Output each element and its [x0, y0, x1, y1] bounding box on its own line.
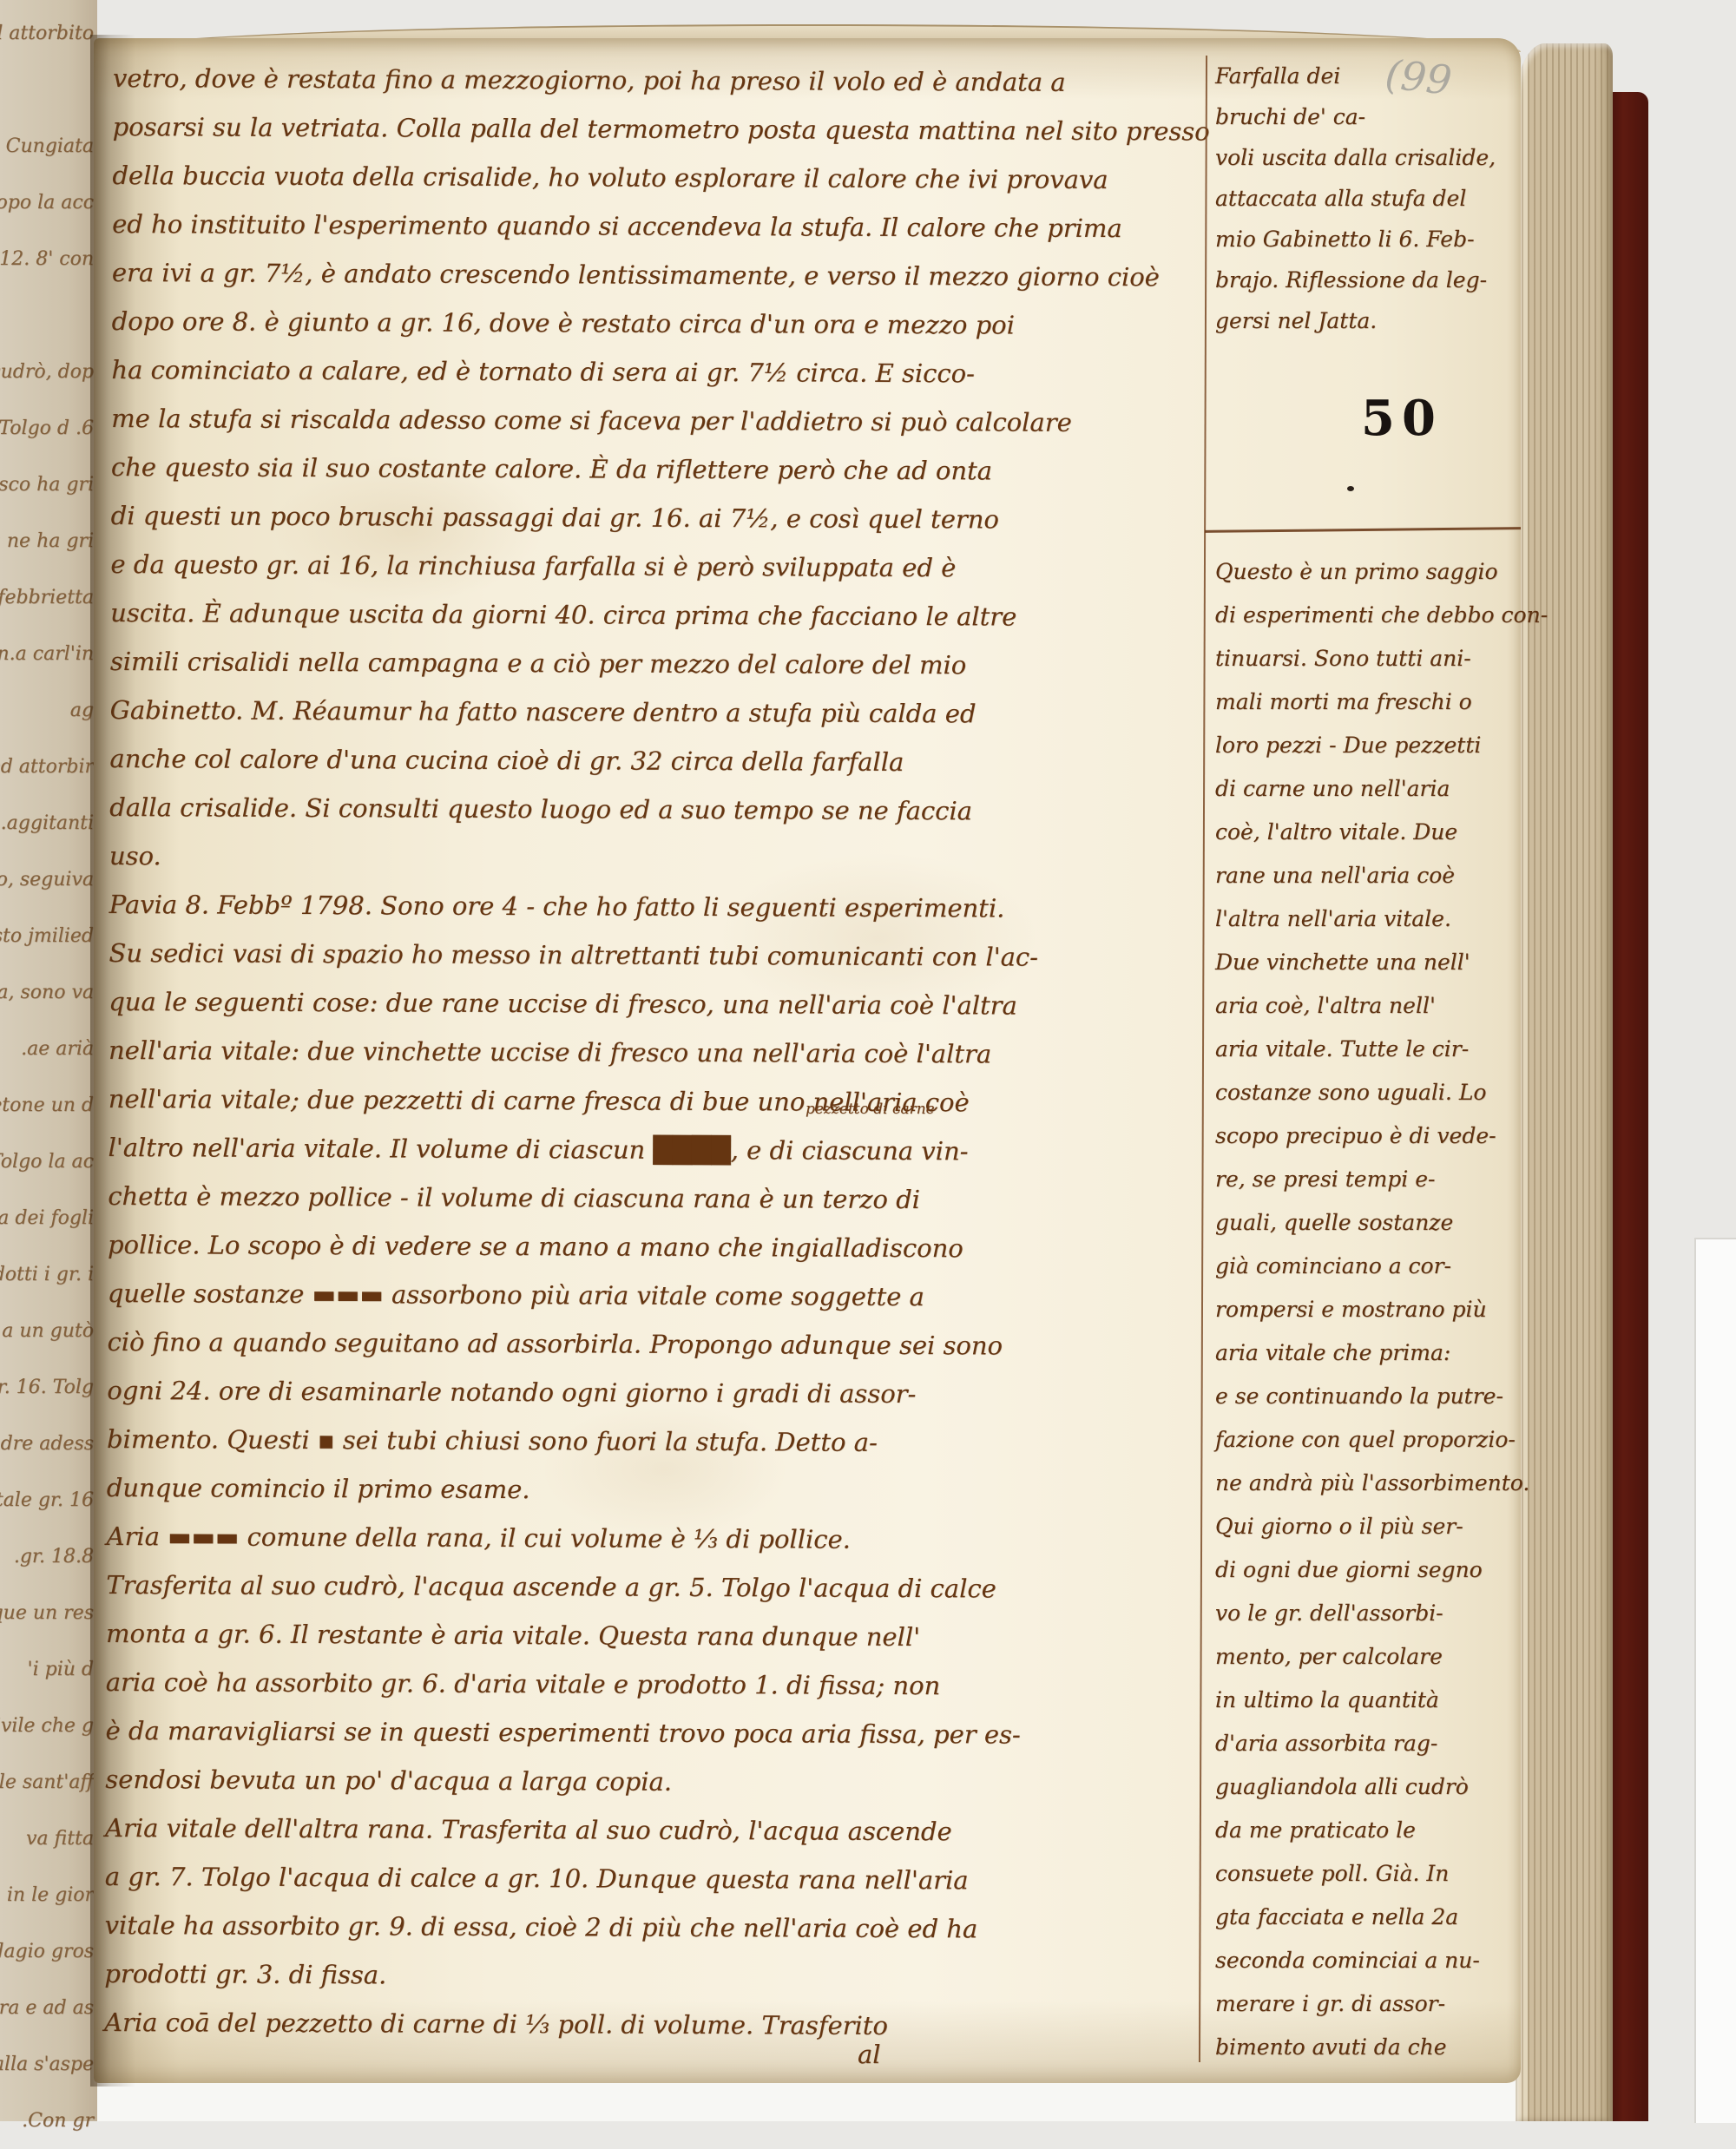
- left-page-line: vitale gr. 16.: [3, 1472, 94, 1528]
- background-card: [1694, 1238, 1736, 2121]
- manuscript-line: Pavia 8. Febbº 1798. Sono ore 4 - che ho…: [109, 880, 1203, 933]
- manuscript-line: dopo ore 8. è giunto a gr. 16, dove è re…: [112, 297, 1206, 350]
- manuscript-line: pollice. Lo scopo è di vedere se a mano …: [108, 1220, 1201, 1273]
- manuscript-line: vitale ha assorbito gr. 9. di essa, cioè…: [104, 1901, 1198, 1954]
- left-page-line: ti n.a carl'in: [3, 626, 94, 682]
- left-page-line: Dunque un res: [3, 1585, 94, 1641]
- manuscript-line: prodotti gr. 3. di fissa.: [104, 1949, 1198, 2002]
- manuscript-line: vetro, dove è restata fino a mezzogiorno…: [113, 54, 1207, 107]
- manuscript-page: vetro, dove è restata fino a mezzogiorno…: [94, 38, 1521, 2083]
- margin-note-line: scopo precipuo è di vede-: [1215, 1114, 1521, 1158]
- margin-note-line: in ultimo la quantità: [1215, 1679, 1521, 1722]
- left-page-edge: e, il attorbitoCungiatadopo la accgr. 12…: [0, 0, 97, 2121]
- manuscript-line: l'altro nell'aria vitale. Il volume di c…: [108, 1123, 1201, 1176]
- manuscript-line: e da questo gr. ai 16, la rinchiusa farf…: [110, 540, 1204, 593]
- left-page-line: questo jmilied: [3, 908, 94, 964]
- manuscript-line: che questo sia il suo costante calore. È…: [111, 443, 1205, 496]
- margin-note-farfalla: Farfalla deibruchi de' ca-voli uscita da…: [1215, 56, 1521, 341]
- manuscript-line: Su sedici vasi di spazio ho messo in alt…: [108, 929, 1202, 982]
- margin-note-line: rane una nell'aria coè: [1215, 854, 1521, 897]
- margin-note-line: aria vitale che prima:: [1215, 1331, 1521, 1375]
- manuscript-line: me la stufa si riscalda adesso come si f…: [111, 394, 1205, 447]
- left-page-line: ara' in le gior: [3, 1867, 94, 1923]
- manuscript-line: dunque comincio il primo esame.: [107, 1463, 1200, 1516]
- left-page-line: civile che g: [3, 1698, 94, 1754]
- ink-dot: [1347, 486, 1354, 491]
- manuscript-line: Aria ▬▬▬ comune della rana, il cui volum…: [106, 1512, 1200, 1565]
- photo-backdrop: e, il attorbitoCungiatadopo la accgr. 12…: [0, 0, 1736, 2121]
- margin-note-line: voli uscita dalla crisalide,: [1215, 137, 1521, 178]
- manuscript-line: della buccia vuota della crisalide, ho v…: [112, 151, 1206, 204]
- margin-note-line: guali, quelle sostanze: [1215, 1201, 1521, 1245]
- manuscript-line: Aria vitale dell'altra rana. Trasferita …: [105, 1804, 1199, 1857]
- manuscript-line: dalla crisalide. Si consulti questo luog…: [109, 783, 1203, 836]
- margin-note-line: brajo. Riflessione da leg-: [1215, 260, 1521, 300]
- margin-note-line: aria vitale. Tutte le cir-: [1215, 1028, 1521, 1071]
- margin-note-line: mento, per calcolare: [1215, 1635, 1521, 1679]
- left-page-line: [3, 62, 94, 118]
- margin-note-line: attaccata alla stufa del: [1215, 178, 1521, 219]
- left-page-line: a ed attorbir: [3, 739, 94, 795]
- table-surface: [83, 2078, 1620, 2121]
- margin-note-line: gta facciata e nella 2a: [1215, 1896, 1521, 1939]
- left-page-line: aggitanti.: [3, 795, 94, 851]
- page-fore-edge: [1516, 43, 1613, 2121]
- margin-note-line: bimento avuti da che: [1215, 2026, 1521, 2069]
- manuscript-line: uscita. È adunque uscita da giorni 40. c…: [110, 588, 1204, 641]
- manuscript-line: qua le seguenti cose: due rane uccise di…: [108, 977, 1202, 1030]
- manuscript-line: nell'aria vitale: due vinchette uccise d…: [108, 1026, 1202, 1079]
- pencil-scribble: (99: [1383, 50, 1454, 104]
- margin-divider-line: [1205, 527, 1521, 533]
- margin-note-line: mio Gabinetto li 6. Feb-: [1215, 219, 1521, 260]
- margin-note-line: da me praticato le: [1215, 1809, 1521, 1852]
- margin-note-line: ne andrà più l'assorbimento.: [1215, 1462, 1521, 1505]
- manuscript-line: chetta è mezzo pollice - il volume di ci…: [108, 1172, 1201, 1225]
- margin-note-line: Farfalla dei: [1215, 56, 1521, 96]
- margin-note-line: costanze sono uguali. Lo: [1215, 1071, 1521, 1114]
- manuscript-line: sendosi bevuta un po' d'acqua a larga co…: [105, 1755, 1199, 1808]
- left-page-line: dotti i gr. i: [3, 1246, 94, 1303]
- margin-note-line: bruchi de' ca-: [1215, 96, 1521, 137]
- left-page-line: la febbrietta: [3, 569, 94, 626]
- left-page-line: litro, seguiva: [3, 851, 94, 908]
- left-page-line: ag: [3, 682, 94, 739]
- manuscript-line: ha cominciato a calare, ed è tornato di …: [111, 345, 1205, 398]
- manuscript-line: simili crisalidi nella campagna e a ciò …: [110, 637, 1204, 690]
- manuscript-line: posarsi su la vetriata. Colla palla del …: [113, 102, 1207, 155]
- manuscript-line: nell'aria vitale; due pezzetti di carne …: [108, 1074, 1202, 1127]
- manuscript-line: bimento. Questi ▪ sei tubi chiusi sono f…: [107, 1415, 1200, 1468]
- margin-note-line: Due vinchette una nell': [1215, 941, 1521, 984]
- margin-note-line: di ogni due giorni segno: [1215, 1548, 1521, 1592]
- left-page-line: gr. 12. 8' con: [3, 231, 94, 287]
- left-page-line: i più d': [3, 1641, 94, 1698]
- margin-note-line: mali morti ma freschi o: [1215, 680, 1521, 724]
- margin-note-line: merare i gr. di assor-: [1215, 1982, 1521, 2026]
- manuscript-line: di questi un poco bruschi passaggi dai g…: [111, 491, 1205, 544]
- margin-note-line: fazione con quel proporzio-: [1215, 1418, 1521, 1462]
- left-page-line: fresco ha gri: [3, 457, 94, 513]
- left-page-line: borella, sono va: [3, 964, 94, 1021]
- left-page-line: gr. 18.8.: [3, 1528, 94, 1585]
- left-page-line: gr. 16. Tolg: [3, 1359, 94, 1416]
- margin-note-line: Questo è un primo saggio: [1215, 550, 1521, 594]
- margin-note-line: di esperimenti che debbo con-: [1215, 594, 1521, 637]
- left-page-text-fragments: e, il attorbitoCungiatadopo la accgr. 12…: [3, 5, 94, 2121]
- left-page-line: Con gr.: [3, 2093, 94, 2121]
- left-page-line: 6. Tolgo d: [3, 400, 94, 457]
- left-page-line: ae arià.: [3, 1021, 94, 1077]
- left-page-line: va fitta: [3, 1811, 94, 1867]
- manuscript-line: ciò fino a quando seguitano ad assorbirl…: [107, 1318, 1200, 1370]
- left-page-line: Cungiata: [3, 118, 94, 174]
- manuscript-line: ogni 24. ore di esaminarle notando ogni …: [107, 1366, 1200, 1419]
- margin-note-line: e se continuando la putre-: [1215, 1375, 1521, 1418]
- left-page-line: mà ne ha gri: [3, 513, 94, 569]
- manuscript-line: aria coè ha assorbito gr. 6. d'aria vita…: [106, 1658, 1200, 1711]
- left-page-line: le sant'aff: [3, 1754, 94, 1811]
- left-page-line: di andre adess: [3, 1416, 94, 1472]
- main-text-block: vetro, dove è restata fino a mezzogiorno…: [104, 54, 1207, 2051]
- manuscript-line: a gr. 7. Tolgo l'acqua di calce a gr. 10…: [105, 1852, 1199, 1905]
- left-page-line: a un gutò: [3, 1303, 94, 1359]
- manuscript-line: Gabinetto. M. Réaumur ha fatto nascere d…: [110, 686, 1204, 739]
- left-page-line: dopo la acc: [3, 174, 94, 231]
- manuscript-line: monta a gr. 6. Il restante è aria vitale…: [106, 1609, 1200, 1662]
- left-page-line: e, il attorbito: [3, 5, 94, 62]
- manuscript-line: era ivi a gr. 7½, è andato crescendo len…: [112, 248, 1206, 301]
- left-page-line: vera e ad as: [3, 1980, 94, 2036]
- margin-note-line: d'aria assorbita rag-: [1215, 1722, 1521, 1765]
- margin-note-line: già cominciano a cor-: [1215, 1245, 1521, 1288]
- margin-note-line: gersi nel Jatta.: [1215, 300, 1521, 341]
- manuscript-line: ed ho instituito l'esperimento quando si…: [112, 200, 1206, 253]
- margin-note-line: di carne uno nell'aria: [1215, 767, 1521, 811]
- margin-note-line: re, se presi tempi e-: [1215, 1158, 1521, 1201]
- margin-note-line: vo le gr. dell'assorbi-: [1215, 1592, 1521, 1635]
- manuscript-line: Aria coā del pezzetto di carne di ⅓ poll…: [104, 1998, 1198, 2051]
- left-page-line: inquietone un d: [3, 1077, 94, 1134]
- margin-note-esperimenti: Questo è un primo saggiodi esperimenti c…: [1215, 550, 1521, 2069]
- margin-note-line: rompersi e mostrano più: [1215, 1288, 1521, 1331]
- manuscript-line: anche col calore d'una cucina cioè di gr…: [109, 734, 1203, 787]
- trailing-word: al: [858, 2040, 881, 2069]
- interlinear-note: pezzetto di carne: [806, 1101, 935, 1118]
- margin-column: Farfalla deibruchi de' ca-voli uscita da…: [1215, 56, 1521, 341]
- left-page-line: via alla s'aspe: [3, 2036, 94, 2093]
- manuscript-line: è da maravigliarsi se in questi esperime…: [105, 1706, 1199, 1759]
- book-cover-edge: [1607, 92, 1648, 2121]
- left-page-line: aga dei fogli: [3, 1190, 94, 1246]
- margin-note-line: seconda cominciai a nu-: [1215, 1939, 1521, 1982]
- margin-note-line: loro pezzi - Due pezzetti: [1215, 724, 1521, 767]
- margin-note-line: guagliandola alli cudrò: [1215, 1765, 1521, 1809]
- margin-note-line: tinuarsi. Sono tutti ani-: [1215, 637, 1521, 680]
- manuscript-line: quelle sostanze ▬▬▬ assorbono più aria v…: [108, 1269, 1201, 1322]
- left-page-line: [3, 287, 94, 344]
- left-page-line: ren cudrò, dop: [3, 344, 94, 400]
- manuscript-line: uso.: [109, 831, 1203, 884]
- margin-note-line: Qui giorno o il più ser-: [1215, 1505, 1521, 1548]
- margin-note-line: l'altra nell'aria vitale.: [1215, 897, 1521, 941]
- margin-note-line: consuete poll. Già. In: [1215, 1852, 1521, 1896]
- left-page-line: Tolgo la ac: [3, 1134, 94, 1190]
- manuscript-line: Trasferita al suo cudrò, l'acqua ascende…: [106, 1561, 1200, 1613]
- left-page-line: in adagio gros: [3, 1923, 94, 1980]
- page-number: 50: [1361, 390, 1443, 447]
- margin-note-line: aria coè, l'altra nell': [1215, 984, 1521, 1028]
- margin-note-line: coè, l'altro vitale. Due: [1215, 811, 1521, 854]
